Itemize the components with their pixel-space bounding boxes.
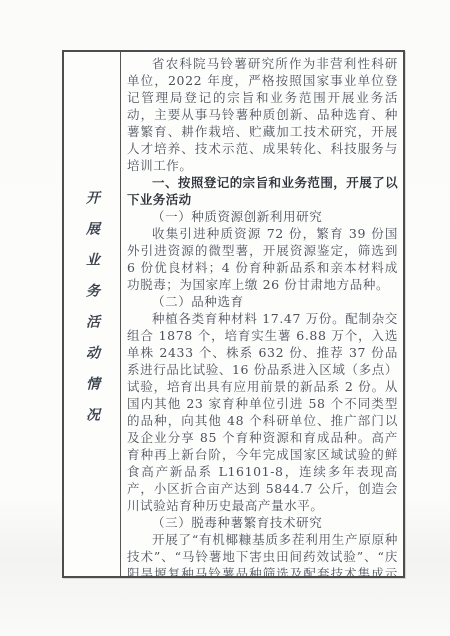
subsection-body-2: 种植各类育种材料 17.47 万份。配制杂交组合 1878 个，培育实生薯 6.…	[127, 310, 398, 514]
row-label-cell: 开展业务活动情况	[64, 52, 121, 576]
subsection-heading-3: （三）脱毒种薯繁育技术研究	[127, 514, 398, 531]
document-page: 开展业务活动情况 省农科院马铃薯研究所作为非营利性科研单位，2022 年度，严格…	[0, 0, 450, 636]
subsection-heading-1: （一）种质资源创新利用研究	[127, 208, 398, 225]
row-label-vertical-text: 开展业务活动情况	[85, 190, 99, 438]
section-heading-1: 一、按照登记的宗旨和业务范围，开展了以下业务活动	[127, 174, 398, 208]
intro-paragraph: 省农科院马铃薯研究所作为非营利性科研单位，2022 年度，严格按照国家事业单位登…	[127, 55, 398, 174]
subsection-body-3: 开展了“有机椰糠基质多茬利用生产原原种技术”、“马铃薯地下害虫田间药效试验”、“…	[127, 531, 398, 576]
activity-content-cell: 省农科院马铃薯研究所作为非营利性科研单位，2022 年度，严格按照国家事业单位登…	[121, 52, 403, 576]
subsection-body-1: 收集引进种质资源 72 份，繁育 39 份国外引进资源的微型薯，开展资源鉴定，筛…	[127, 225, 398, 293]
subsection-heading-2: （二）品种选育	[127, 293, 398, 310]
business-activity-table: 开展业务活动情况 省农科院马铃薯研究所作为非营利性科研单位，2022 年度，严格…	[62, 50, 405, 578]
